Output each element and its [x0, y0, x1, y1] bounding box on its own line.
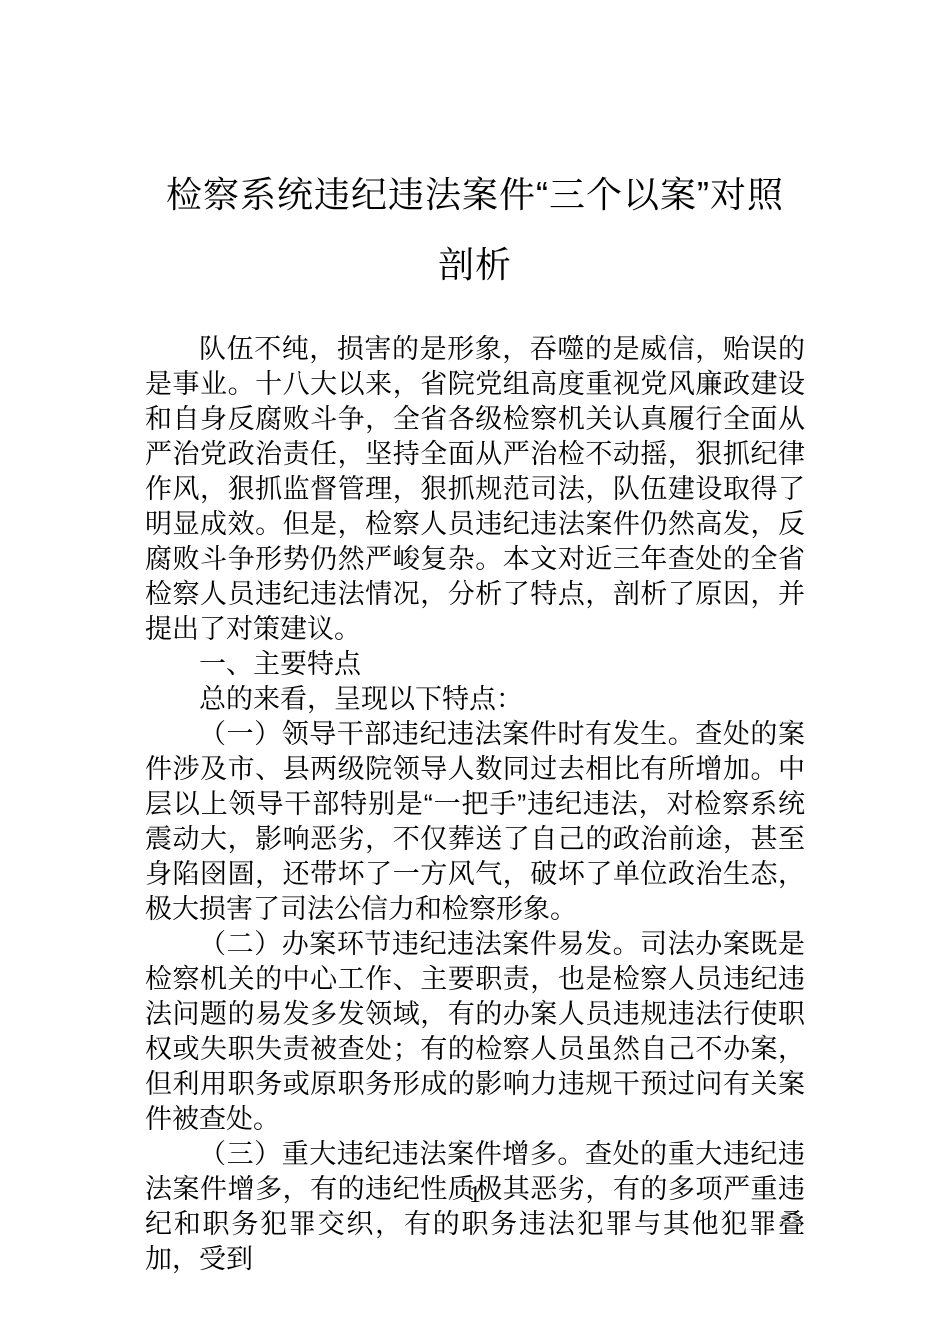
document-page: 检察系统违纪违法案件“三个以案”对照 剖析 队伍不纯，损害的是形象，吞噬的是威信… [0, 0, 950, 1344]
paragraph-overview: 总的来看，呈现以下特点： [145, 682, 805, 717]
page-number: 1 [0, 1182, 950, 1209]
document-title-line-1: 检察系统违纪违法案件“三个以案”对照 [145, 160, 805, 230]
document-title: 检察系统违纪违法案件“三个以案”对照 剖析 [145, 160, 805, 300]
document-title-line-2: 剖析 [145, 230, 805, 300]
heading-main-features: 一、主要特点 [145, 647, 805, 682]
paragraph-point-1: （一）领导干部违纪违法案件时有发生。查处的案件涉及市、县两级院领导人数同过去相比… [145, 717, 805, 927]
document-body: 队伍不纯，损害的是形象，吞噬的是威信，贻误的是事业。十八大以来，省院党组高度重视… [145, 332, 805, 1277]
paragraph-point-2: （二）办案环节违纪违法案件易发。司法办案既是检察机关的中心工作、主要职责，也是检… [145, 927, 805, 1137]
paragraph-intro: 队伍不纯，损害的是形象，吞噬的是威信，贻误的是事业。十八大以来，省院党组高度重视… [145, 332, 805, 647]
